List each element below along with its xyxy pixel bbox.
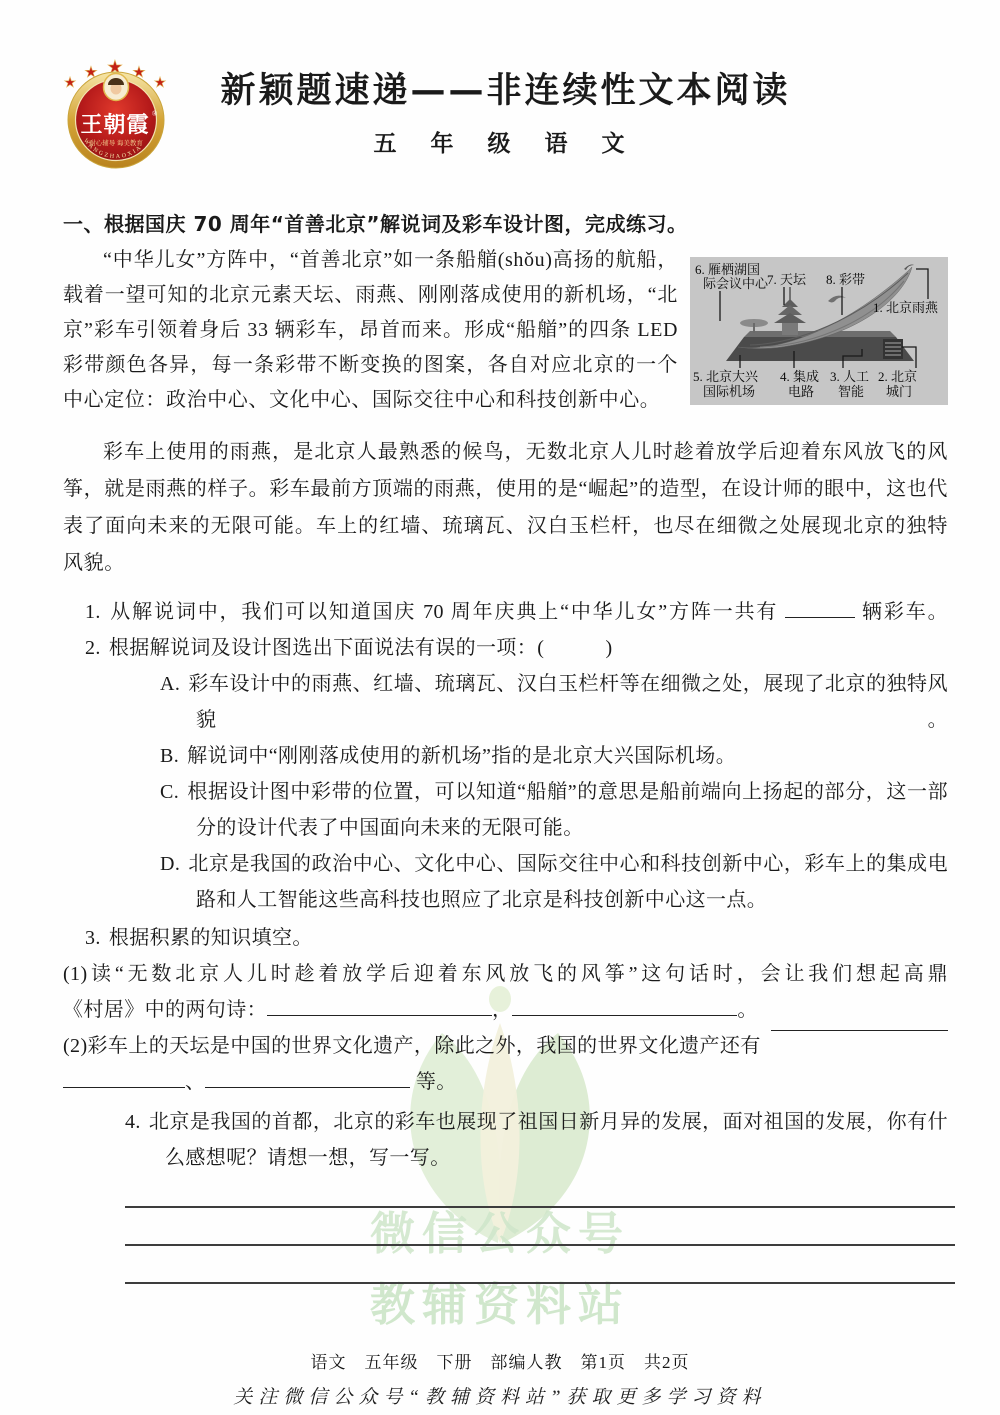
page-header: 新颖题速递——非连续性文本阅读 五 年 级 语 文 bbox=[63, 0, 948, 158]
option-d: D.北京是我国的政治中心、文化中心、国际交往中心和科技创新中心，彩车上的集成电路… bbox=[160, 846, 948, 918]
question-3-1-line1: (1)读“无数北京人儿时趁着放学后迎着东风放飞的风筝”这句话时，会让我们想起高鼎 bbox=[63, 956, 948, 992]
period: 。 bbox=[737, 999, 757, 1021]
question-1-suffix: 辆彩车。 bbox=[862, 601, 948, 623]
question-2-text: 根据解说词及设计图选出下面说法有误的一项：( ) bbox=[109, 637, 613, 659]
figure-label-8: 8. 彩带 bbox=[826, 272, 865, 287]
option-d-label: D. bbox=[160, 853, 180, 875]
passage-block: 6. 雁栖湖国 际会议中心 7. 天坛 8. 彩带 1. 北京雨燕 5. 北京大… bbox=[63, 243, 948, 418]
question-4: 4.北京是我国的首都，北京的彩车也展现了祖国日新月异的发展，面对祖国的发展，你有… bbox=[125, 1104, 948, 1176]
question-1: 1.从解说词中，我们可以知道国庆 70 周年庆典上“中华儿女”方阵一共有 辆彩车… bbox=[85, 594, 948, 630]
question-4-text: 北京是我国的首都，北京的彩车也展现了祖国日新月异的发展，面对祖国的发展，你有什么… bbox=[149, 1111, 948, 1169]
page-content: 新颖题速递——非连续性文本阅读 五 年 级 语 文 一、根据国庆 70 周年“首… bbox=[0, 0, 1000, 1284]
answer-line bbox=[125, 1182, 955, 1208]
worksheet-page: 微信公众号 教辅资料站 ★ ★ ★ ★ ★ bbox=[0, 0, 1000, 1415]
question-3-2-line1: (2)彩车上的天坛是中国的世界文化遗产，除此之外，我国的世界文化遗产还有 bbox=[63, 1028, 948, 1064]
question-3-1-text: 读“无数北京人儿时趁着放学后迎着东风放飞的风筝”这句话时，会让我们想起高鼎 bbox=[88, 963, 948, 985]
figure-label-2-line1: 2. 北京 bbox=[878, 369, 917, 384]
figure-label-5-line1: 5. 北京大兴 bbox=[693, 369, 759, 384]
footer-note: 关注微信公众号“教辅资料站”获取更多学习资料 bbox=[0, 1382, 1000, 1409]
question-3: 3.根据积累的知识填空。 bbox=[85, 920, 948, 956]
answer-line bbox=[125, 1208, 955, 1246]
question-1-text: 从解说词中，我们可以知道国庆 70 周年庆典上“中华儿女”方阵一共有 bbox=[109, 601, 778, 623]
option-a-label: A. bbox=[160, 673, 180, 695]
figure-label-2-line2: 城门 bbox=[886, 384, 912, 399]
answer-blank bbox=[512, 1013, 737, 1016]
answer-blank bbox=[205, 1085, 410, 1088]
float-design-diagram: 6. 雁栖湖国 际会议中心 7. 天坛 8. 彩带 1. 北京雨燕 5. 北京大… bbox=[690, 257, 948, 405]
passage-paragraph-2: 彩车上使用的雨燕，是北京人最熟悉的候鸟，无数北京人儿时趁着放学后迎着东风放飞的风… bbox=[63, 434, 948, 582]
option-c-text: 根据设计图中彩带的位置，可以知道“船艏”的意思是船前端向上扬起的部分，这一部分的… bbox=[187, 781, 948, 839]
option-c-label: C. bbox=[160, 781, 179, 803]
question-3-1-label: (1) bbox=[63, 963, 88, 985]
figure-label-3-line2: 智能 bbox=[838, 384, 864, 399]
section-heading: 一、根据国庆 70 周年“首善北京”解说词及彩车设计图，完成练习。 bbox=[63, 208, 948, 237]
question-3-2-end: 等。 bbox=[416, 1071, 457, 1093]
answer-blank bbox=[63, 1085, 185, 1088]
figure-label-5-line2: 国际机场 bbox=[703, 384, 755, 399]
figure-label-1: 1. 北京雨燕 bbox=[873, 300, 939, 315]
option-d-text: 北京是我国的政治中心、文化中心、国际交往中心和科技创新中心，彩车上的集成电路和人… bbox=[188, 853, 948, 911]
figure-label-3-line1: 3. 人工 bbox=[830, 369, 869, 384]
option-b-label: B. bbox=[160, 745, 179, 767]
figure-label-4-line2: 电路 bbox=[788, 384, 814, 399]
question-3-1-prefix: 《村居》中的两句诗： bbox=[63, 999, 267, 1021]
footer-meta: 语文 五年级 下册 部编人教 第1页 共2页 bbox=[0, 1348, 1000, 1373]
question-3-2-text: (2)彩车上的天坛是中国的世界文化遗产，除此之外，我国的世界文化遗产还有 bbox=[63, 1028, 761, 1064]
figure-label-6-line1: 6. 雁栖湖国 bbox=[695, 262, 760, 277]
option-c: C.根据设计图中彩带的位置，可以知道“船艏”的意思是船前端向上扬起的部分，这一部… bbox=[160, 774, 948, 846]
question-2: 2.根据解说词及设计图选出下面说法有误的一项：( ) bbox=[85, 630, 948, 666]
question-3-2-body: 彩车上的天坛是中国的世界文化遗产，除此之外，我国的世界文化遗产还有 bbox=[88, 1035, 761, 1057]
answer-blank bbox=[267, 1013, 492, 1016]
question-3-number: 3. bbox=[85, 927, 101, 949]
float-design-figure: 6. 雁栖湖国 际会议中心 7. 天坛 8. 彩带 1. 北京雨燕 5. 北京大… bbox=[690, 257, 948, 405]
answer-line bbox=[125, 1246, 955, 1284]
answer-blank bbox=[785, 615, 855, 618]
answer-blank bbox=[771, 1028, 948, 1031]
page-subtitle: 五 年 级 语 文 bbox=[63, 125, 948, 158]
comma: ， bbox=[492, 999, 512, 1021]
question-3-1-line2: 《村居》中的两句诗：，。 bbox=[63, 992, 948, 1028]
option-b-text: 解说词中“刚刚落成使用的新机场”指的是北京大兴国际机场。 bbox=[187, 745, 736, 767]
option-a: A.彩车设计中的雨燕、红墙、琉璃瓦、汉白玉栏杆等在细微之处，展现了北京的独特风貌… bbox=[160, 666, 948, 738]
figure-label-6-line2: 际会议中心 bbox=[703, 276, 769, 291]
answer-lines bbox=[63, 1182, 948, 1284]
question-3-text: 根据积累的知识填空。 bbox=[109, 927, 313, 949]
question-2-number: 2. bbox=[85, 637, 101, 659]
question-3-2-line2: 、 等。 bbox=[63, 1064, 948, 1100]
figure-label-7: 7. 天坛 bbox=[767, 272, 807, 287]
question-3-2-label: (2) bbox=[63, 1035, 88, 1057]
page-title: 新颖题速递——非连续性文本阅读 bbox=[63, 0, 948, 111]
option-b: B.解说词中“刚刚落成使用的新机场”指的是北京大兴国际机场。 bbox=[160, 738, 948, 774]
figure-label-4-line1: 4. 集成 bbox=[780, 369, 819, 384]
enumeration-comma: 、 bbox=[185, 1071, 205, 1093]
question-1-number: 1. bbox=[85, 601, 101, 623]
option-a-text: 彩车设计中的雨燕、红墙、琉璃瓦、汉白玉栏杆等在细微之处，展现了北京的独特风貌。 bbox=[188, 673, 948, 731]
question-4-number: 4. bbox=[125, 1111, 141, 1133]
